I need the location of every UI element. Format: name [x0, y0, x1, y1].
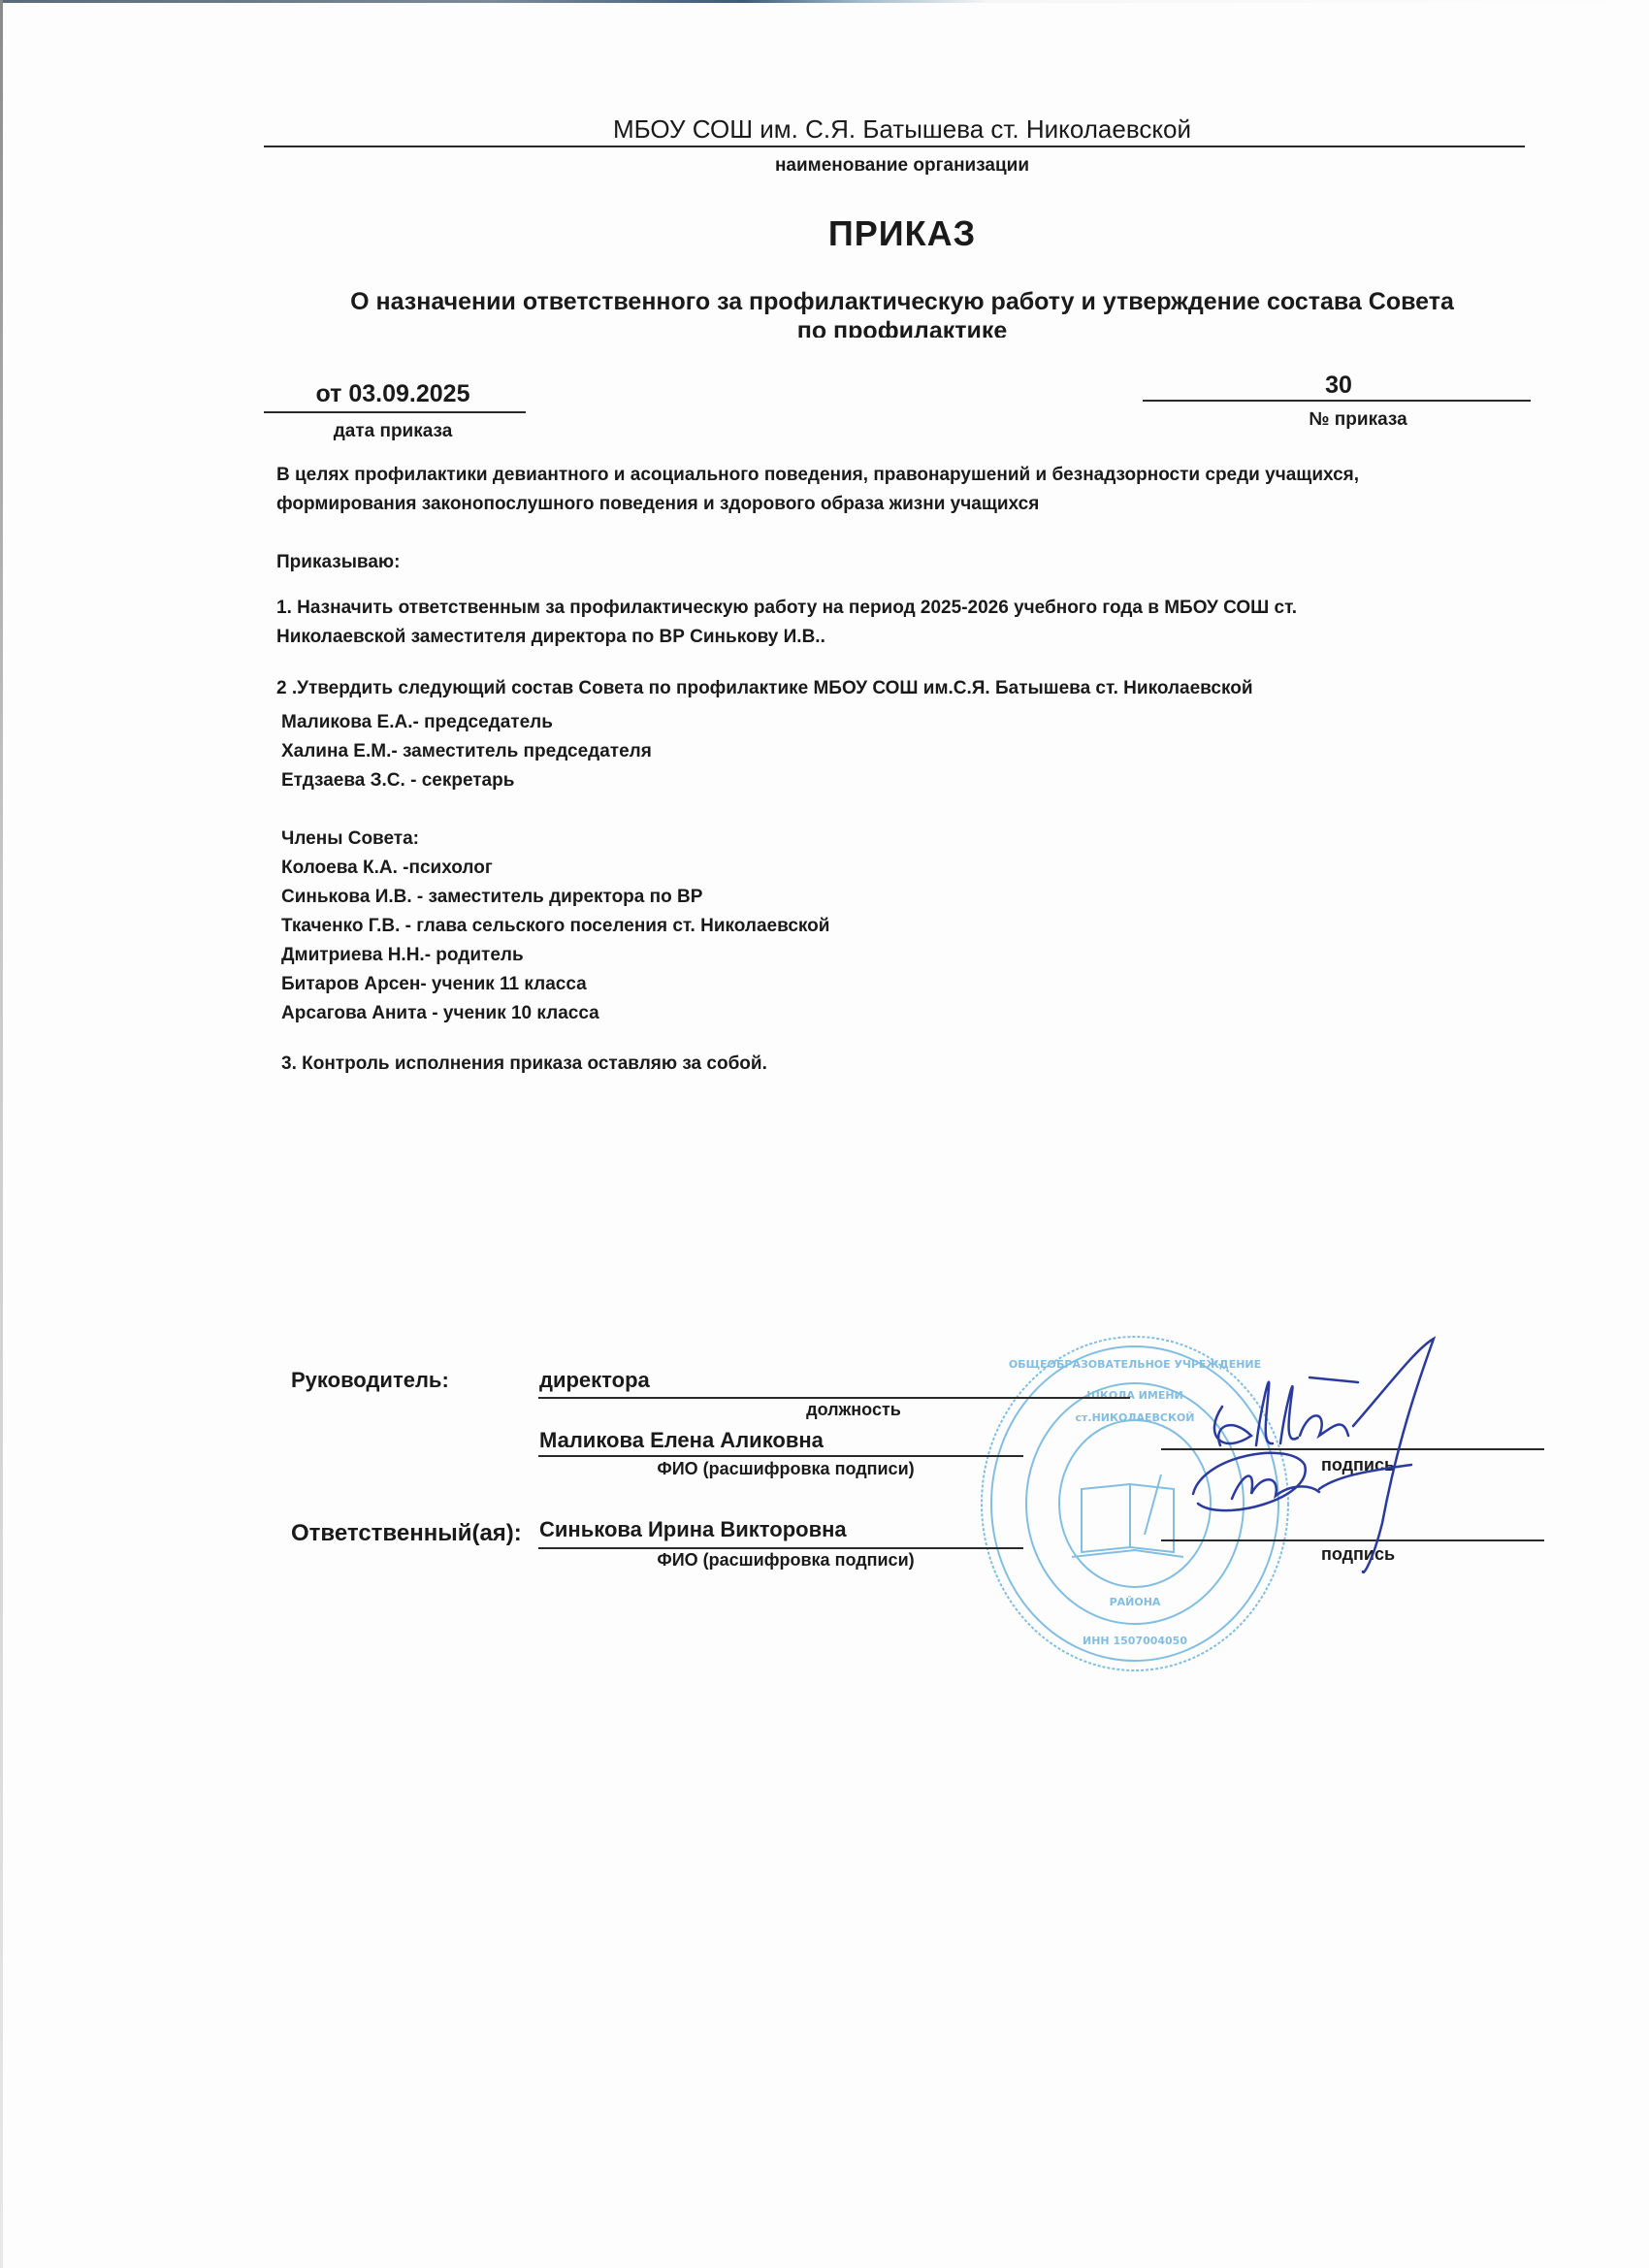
order-subject: О назначении ответственного за профилакт…	[262, 287, 1542, 338]
organization-name: МБОУ СОШ им. С.Я. Батышева ст. Николаевс…	[262, 114, 1542, 145]
head-position-caption: должность	[757, 1400, 951, 1420]
head-position-underline	[538, 1397, 1130, 1399]
responsible-name: Синькова Ирина Викторовна	[539, 1517, 847, 1542]
order-date: от 03.09.2025	[262, 380, 524, 408]
organization-caption: наименование организации	[262, 155, 1542, 177]
order-subject-line2: по профилактике	[262, 316, 1542, 338]
head-name-caption: ФИО (расшифровка подписи)	[621, 1459, 951, 1479]
order-item-1: 1. Назначить ответственным за профилакти…	[276, 594, 1489, 652]
order-subject-line1: О назначении ответственного за профилакт…	[350, 288, 1454, 315]
order-item-1-line1: 1. Назначить ответственным за профилакти…	[276, 594, 1489, 623]
head-name: Маликова Елена Аликовна	[539, 1428, 824, 1453]
council-member: Битаров Арсен- ученик 11 класса	[281, 970, 1154, 999]
order-number-underline	[1143, 400, 1531, 402]
council-members-list: Члены Совета: Колоева К.А. -психолог Син…	[281, 825, 1154, 1028]
responsible-name-underline	[538, 1547, 1023, 1549]
svg-text:ИНН 1507004050: ИНН 1507004050	[1083, 1635, 1187, 1647]
council-secretary: Етдзаева З.С. - секретарь	[281, 766, 1154, 795]
council-member: Синькова И.В. - заместитель директора по…	[281, 883, 1154, 912]
council-leadership-list: Маликова Е.А.- председатель Халина Е.М.-…	[281, 708, 1154, 795]
preamble-line2: формирования законопослушного поведения …	[276, 490, 1489, 519]
council-member: Колоева К.А. -психолог	[281, 854, 1154, 883]
order-word: Приказываю:	[276, 548, 1489, 577]
order-number-caption: № приказа	[1212, 409, 1503, 431]
document-title: ПРИКАЗ	[262, 213, 1542, 254]
head-label: Руководитель:	[291, 1368, 449, 1393]
council-members-heading: Члены Совета:	[281, 825, 1154, 854]
order-item-3: 3. Контроль исполнения приказа оставляю …	[281, 1050, 1494, 1079]
council-deputy-chair: Халина Е.М.- заместитель председателя	[281, 737, 1154, 766]
council-chair: Маликова Е.А.- председатель	[281, 708, 1154, 737]
preamble-line1: В целях профилактики девиантного и асоци…	[276, 461, 1489, 490]
council-member: Ткаченко Г.В. - глава сельского поселени…	[281, 912, 1154, 941]
council-member: Арсагова Анита - ученик 10 класса	[281, 999, 1154, 1028]
order-item-2-heading: 2 .Утвердить следующий состав Совета по …	[276, 674, 1489, 703]
council-member: Дмитриева Н.Н.- родитель	[281, 941, 1154, 970]
scan-edge-top	[0, 0, 1649, 3]
handwritten-signatures-icon	[1164, 1329, 1513, 1581]
head-name-underline	[538, 1455, 1023, 1457]
order-item-1-line2: Николаевской заместителя директора по ВР…	[276, 623, 1489, 652]
preamble: В целях профилактики девиантного и асоци…	[276, 461, 1489, 519]
order-date-caption: дата приказа	[262, 421, 524, 442]
order-date-underline	[264, 411, 526, 413]
head-position: директора	[539, 1368, 650, 1393]
svg-text:РАЙОНА: РАЙОНА	[1110, 1596, 1161, 1608]
scan-edge-left	[0, 0, 3, 2268]
organization-underline	[264, 146, 1525, 147]
responsible-label: Ответственный(ая):	[291, 1520, 522, 1547]
order-number: 30	[1145, 372, 1533, 400]
responsible-name-caption: ФИО (расшифровка подписи)	[621, 1550, 951, 1571]
